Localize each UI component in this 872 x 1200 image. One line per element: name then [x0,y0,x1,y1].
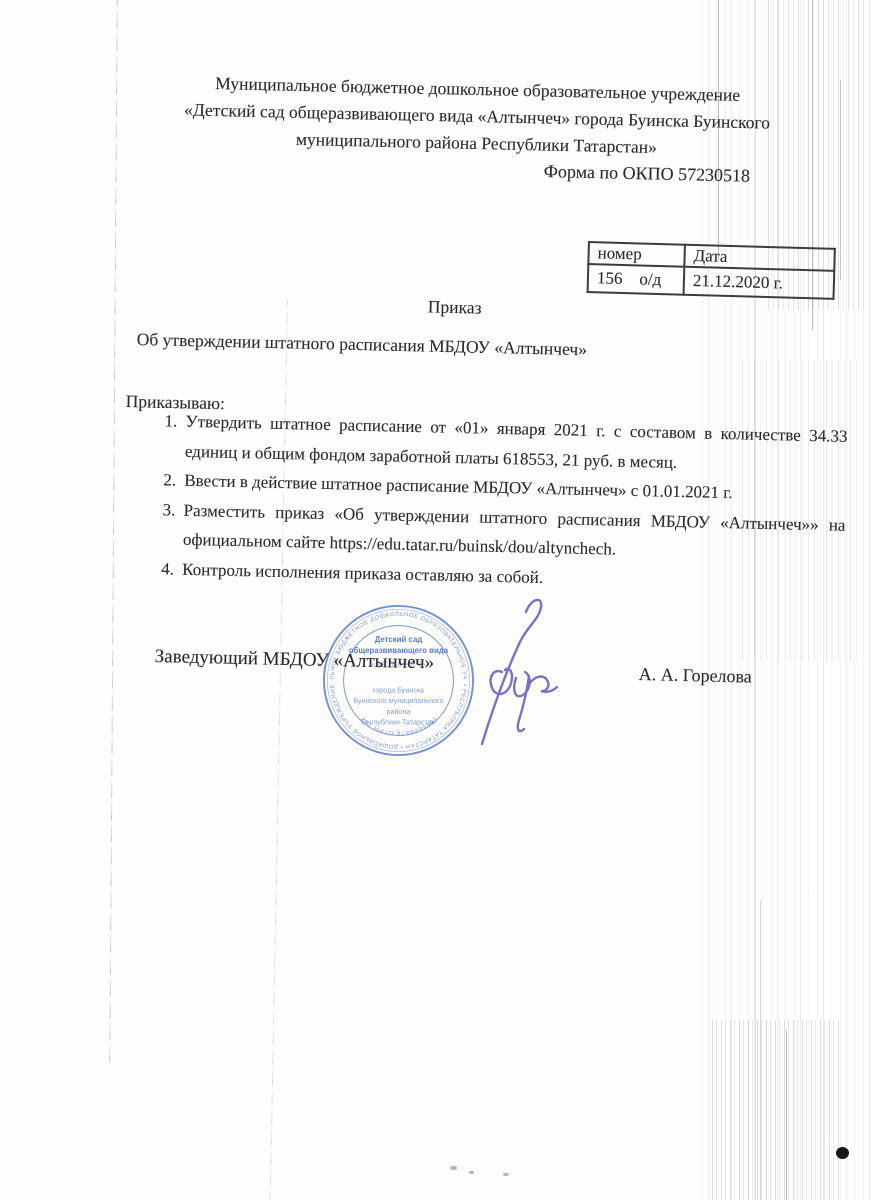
okpo-form-line: Форма по ОКПО 57230518 [544,161,751,187]
scan-streaks [712,1020,842,1200]
stamp-center-line: Буинского муниципального [353,697,443,705]
order-date-value: 21.12.2020 г. [684,267,835,299]
scan-speck [469,1171,474,1174]
ink-dot [836,1147,849,1159]
table-header-number: номер [588,242,685,267]
scan-streak-line [755,0,756,1200]
scan-streak-line [760,900,761,1200]
scan-speck [450,1166,457,1170]
official-stamp-icon: МУНИЦИПАЛЬНОЕ БЮДЖЕТНОЕ ДОШКОЛЬНОЕ ОБРАЗ… [320,602,477,759]
scan-streak-line [786,1030,787,1200]
document-page: Муниципальное бюджетное дошкольное образ… [0,0,872,1200]
stamp-center-line: района [387,708,411,716]
signatory-name: А. А. Горелова [639,664,752,688]
document-subject: Об утверждении штатного расписания МБДОУ… [137,329,588,360]
stamp-center-line: Республики Татарстан [361,719,435,727]
handwritten-signature [468,592,560,752]
stamp-center-line: Детский сад [375,635,423,644]
order-number-table: номер Дата 156 о/д 21.12.2020 г. [587,241,836,300]
stamp-center-line: города Буинска [373,686,424,694]
scan-fold-line [109,0,117,1065]
order-number-value: 156 о/д [588,264,685,295]
order-list: Утвердить штатное расписание от «01» янв… [146,406,848,599]
scan-speck [503,1173,509,1176]
document-header: Муниципальное бюджетное дошкольное образ… [126,68,828,165]
scan-streak-line [840,80,841,280]
